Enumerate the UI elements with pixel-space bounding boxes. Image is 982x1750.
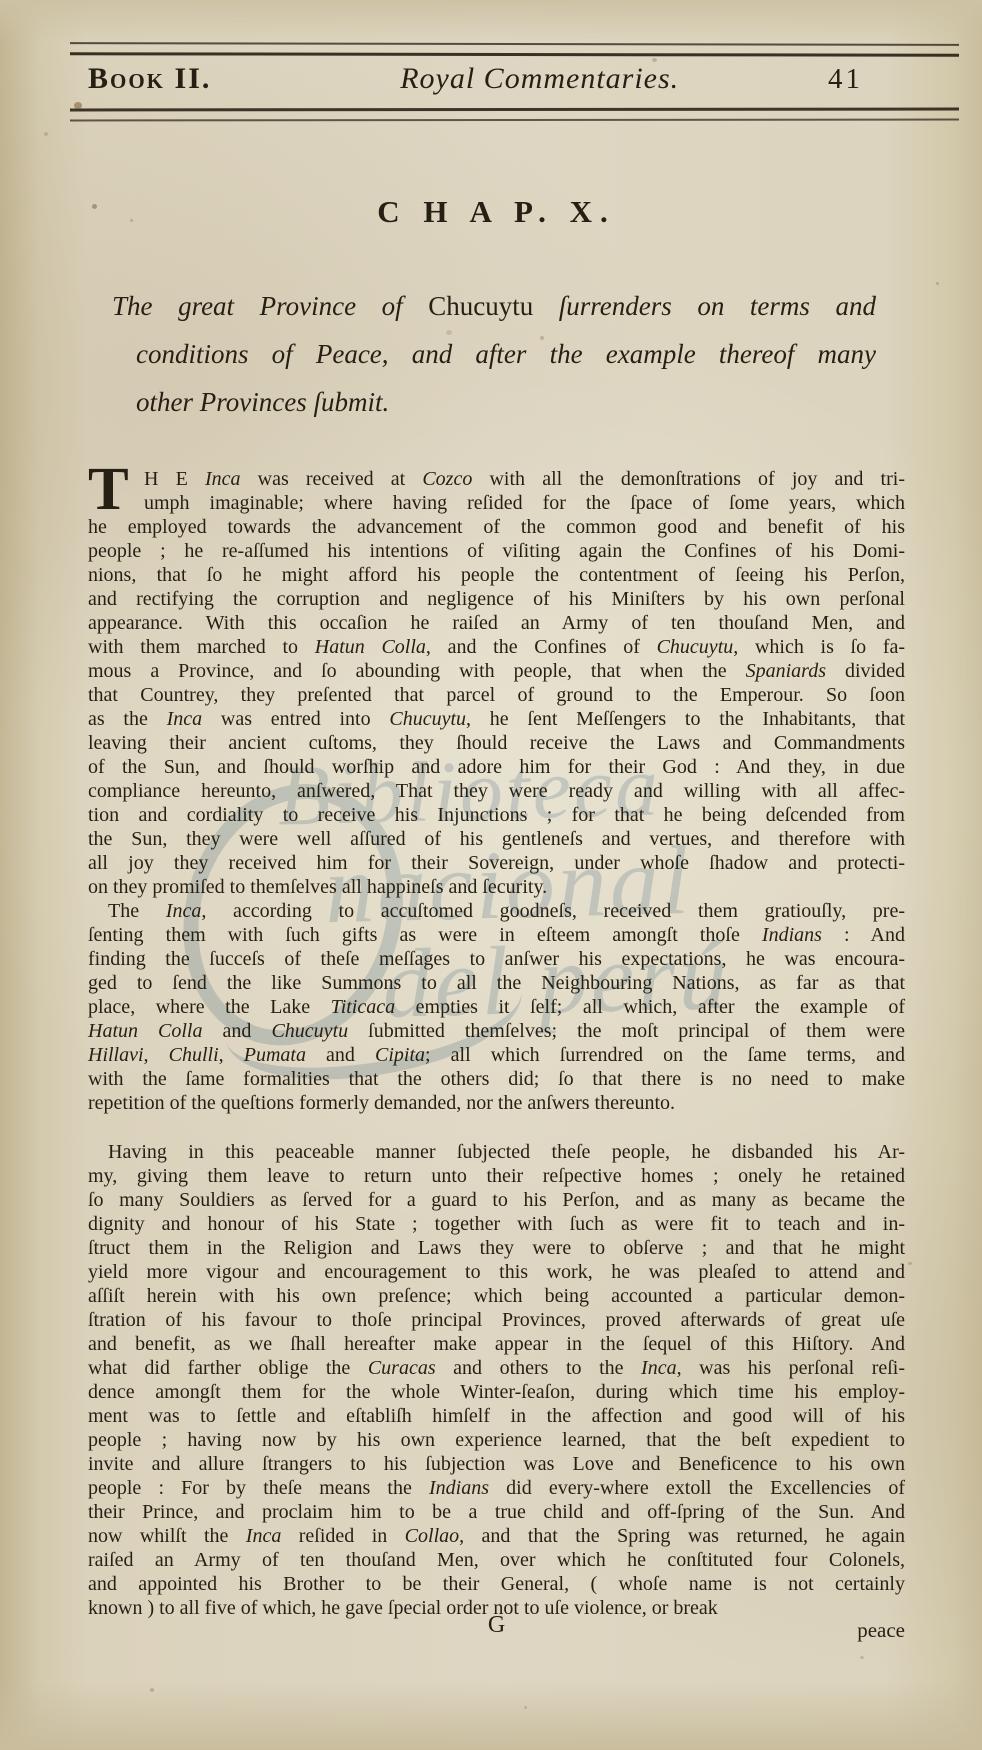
- paragraph: Having in this peaceable manner ſubjecte…: [88, 1140, 905, 1620]
- paragraph: TH E Inca was received at Cozco with all…: [88, 467, 905, 899]
- text-line: with the ſame formalities that the other…: [88, 1067, 905, 1091]
- foxing-spot: [150, 1688, 154, 1692]
- text-line: nions, that ſo he might afford his peopl…: [88, 563, 905, 587]
- text-line: as the Inca was entred into Chucuytu, he…: [88, 707, 905, 731]
- foxing-spot: [860, 1656, 864, 1659]
- running-title: Royal Commentaries.: [211, 62, 828, 96]
- head-rule-top-outer: [70, 42, 959, 46]
- foxing-spot: [540, 336, 544, 340]
- foxing-spot: [908, 1262, 912, 1265]
- chapter-argument: The great Province of Chucuytu ſurrender…: [112, 282, 876, 426]
- foxing-spot: [936, 282, 939, 285]
- signature-mark: G: [88, 1612, 905, 1639]
- text-line: that Countrey, they preſented that parce…: [88, 683, 905, 707]
- head-rule-bottom-outer: [70, 119, 959, 122]
- text-line: people : For by theſe means the Indians …: [88, 1476, 905, 1500]
- text-line: invite and allure ſtrangers to his ſubje…: [88, 1452, 905, 1476]
- text-line: umph imaginable; where having reſided fo…: [88, 491, 905, 515]
- text-line: the Sun, they were well aſſured of his g…: [88, 827, 905, 851]
- text-line: ged to ſend the like Summons to all the …: [88, 971, 905, 995]
- chapter-heading: C H A P. X.: [88, 194, 905, 230]
- text-line: ſtruct them in the Religion and Laws the…: [88, 1236, 905, 1260]
- text-line: Having in this peaceable manner ſubjecte…: [88, 1140, 905, 1164]
- text-line: other Provinces ſubmit.: [136, 378, 876, 426]
- running-head: Book II. Royal Commentaries. 41: [88, 62, 905, 104]
- text-line: mous a Province, and ſo abounding with p…: [88, 659, 905, 683]
- text-line: ſo many Souldiers as ſerved for a guard …: [88, 1188, 905, 1212]
- page-number: 41: [828, 63, 905, 96]
- signature-line: G peace: [88, 1612, 905, 1646]
- text-line: dignity and honour of his State ; togeth…: [88, 1212, 905, 1236]
- drop-cap: T: [88, 467, 144, 515]
- text-line: people ; he re-aſſumed his intentions of…: [88, 539, 905, 563]
- text-line: and benefit, as we ſhall hereafter make …: [88, 1332, 905, 1356]
- text-line: and rectifying the corruption and neglig…: [88, 587, 905, 611]
- text-line: ſenting them with ſuch gifts as were in …: [88, 923, 905, 947]
- foxing-spot: [44, 132, 48, 136]
- text-line: he employed towards the advancement of t…: [88, 515, 905, 539]
- foxing-spot: [524, 1706, 527, 1709]
- text-line: tion and cordiality to receive his Injun…: [88, 803, 905, 827]
- text-line: compliance hereunto, anſwered, That they…: [88, 779, 905, 803]
- text-line: people ; having now by his own experienc…: [88, 1428, 905, 1452]
- text-line: ſtration of his favour to thoſe principa…: [88, 1308, 905, 1332]
- paragraph: The Inca, according to accuſtomed goodne…: [88, 899, 905, 1115]
- foxing-spot: [446, 330, 452, 335]
- text-line: Hillavi, Chulli, Pumata and Cipita; all …: [88, 1043, 905, 1067]
- text-line: Hatun Colla and Chucuytu ſubmitted themſ…: [88, 1019, 905, 1043]
- text-line: of the Sun, and ſhould worſhip and adore…: [88, 755, 905, 779]
- text-line: dence amongſt them for the whole Winter-…: [88, 1380, 905, 1404]
- head-rule-top-inner: [70, 52, 959, 57]
- foxing-spot: [652, 58, 657, 62]
- text-line: what did farther oblige the Curacas and …: [88, 1356, 905, 1380]
- foxing-spot: [74, 102, 82, 109]
- text-line: yield more vigour and encouragement to t…: [88, 1260, 905, 1284]
- text-line: aſſiſt herein with his own preſence; whi…: [88, 1284, 905, 1308]
- text-line: their Prince, and proclaim him to be a t…: [88, 1500, 905, 1524]
- catchword: peace: [857, 1618, 905, 1643]
- body-text: TH E Inca was received at Cozco with all…: [88, 467, 905, 1620]
- book-label: Book II.: [88, 62, 211, 96]
- text-line: with them marched to Hatun Colla, and th…: [88, 635, 905, 659]
- text-line: on they promiſed to themſelves all happi…: [88, 875, 905, 899]
- text-line: conditions of Peace, and after the examp…: [136, 330, 876, 378]
- text-line: and appointed his Brother to be their Ge…: [88, 1572, 905, 1596]
- text-line: repetition of the queſtions formerly dem…: [88, 1091, 905, 1115]
- text-line: ment was to ſettle and eſtabliſh himſelf…: [88, 1404, 905, 1428]
- book-page: Book II. Royal Commentaries. 41 C H A P.…: [0, 0, 982, 1750]
- text-line: leaving their ancient cuſtoms, they ſhou…: [88, 731, 905, 755]
- text-line: The Inca, according to accuſtomed goodne…: [88, 899, 905, 923]
- head-rule-bottom-inner: [70, 108, 959, 112]
- text-line: now whilſt the Inca reſided in Collao, a…: [88, 1524, 905, 1548]
- text-line: H E Inca was received at Cozco with all …: [88, 467, 905, 491]
- foxing-spot: [92, 204, 97, 209]
- text-line: my, giving them leave to return unto the…: [88, 1164, 905, 1188]
- text-line: appearance. With this occaſion he raiſed…: [88, 611, 905, 635]
- text-line: all joy they received him for their Sove…: [88, 851, 905, 875]
- text-line: raiſed an Army of ten thouſand Men, over…: [88, 1548, 905, 1572]
- foxing-spot: [130, 219, 133, 222]
- text-line: The great Province of Chucuytu ſurrender…: [112, 282, 876, 330]
- text-line: place, where the Lake Titicaca empties i…: [88, 995, 905, 1019]
- text-line: finding the ſucceſs of theſe meſſages to…: [88, 947, 905, 971]
